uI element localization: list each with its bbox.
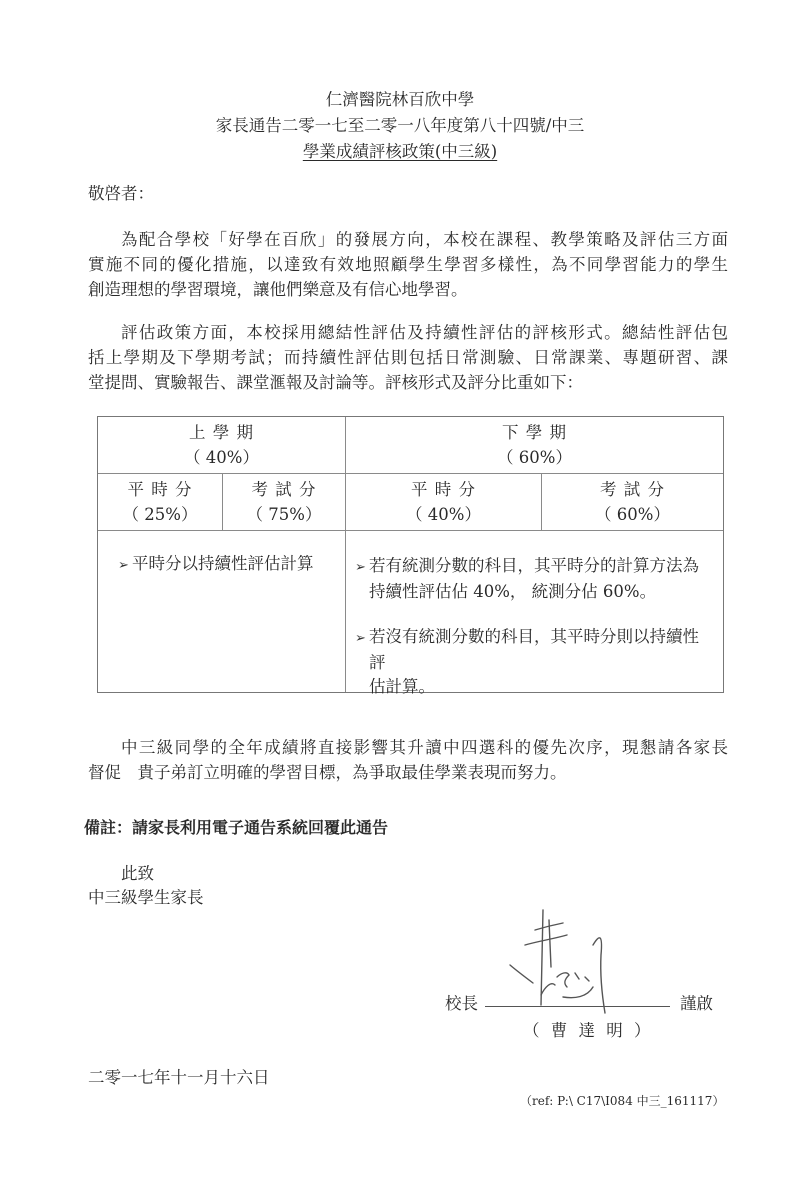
- salutation: 敬啓者：: [88, 180, 154, 204]
- term2-exam-weight: （ 60%）: [542, 502, 723, 527]
- assessment-weight-table: 上 學 期 （ 40%） 下 學 期 （ 60%） 平 時 分 （ 25%） 考…: [97, 416, 724, 693]
- paragraph-line: 中三級同學的全年成績將直接影響其升讀中四選科的優先次序，現懇請各家長: [88, 735, 728, 760]
- notice-subject: 學業成績評核政策(中三級): [0, 138, 800, 162]
- term1-exam-cell: 考 試 分 （ 75%）: [223, 477, 345, 527]
- notice-number: 家長通告二零一七至二零一八年度第八十四號/中三: [0, 112, 800, 136]
- term2-note-1: ➢若有統測分數的科目，其平時分的計算方法為 持續性評估佔 40%， 統測分佔 6…: [355, 554, 699, 604]
- term1-weight: （ 40%）: [98, 445, 345, 470]
- paragraph-line: 評估政策方面，本校採用總結性評估及持續性評估的評核形式。總結性評估包: [88, 320, 728, 345]
- paragraph-intro: 為配合學校「好學在百欣」的發展方向，本校在課程、教學策略及評估三方面 實施不同的…: [88, 227, 728, 302]
- term2-daily-weight: （ 40%）: [346, 502, 541, 527]
- term1-daily-cell: 平 時 分 （ 25%）: [98, 477, 222, 527]
- term2-exam-cell: 考 試 分 （ 60%）: [542, 477, 723, 527]
- arrow-bullet-icon: ➢: [118, 554, 132, 578]
- term2-note-1-line2: 持續性評估佔 40%， 統測分佔 60%。: [355, 580, 699, 604]
- term2-note-2-line1: 若沒有統測分數的科目，其平時分則以持續性: [369, 627, 699, 646]
- term2-weight: （ 60%）: [346, 445, 723, 470]
- paragraph-line: 堂提問、實驗報告、課堂滙報及討論等。評核形式及評分比重如下：: [88, 370, 728, 395]
- principal-signature: [505, 905, 635, 1015]
- term1-note: ➢平時分以持續性評估計算: [118, 552, 314, 578]
- table-divider: [98, 530, 723, 531]
- signature-ending: 謹啟: [680, 990, 713, 1014]
- term2-note-2: ➢若沒有統測分數的科目，其平時分則以持續性 評 估計算。: [355, 625, 699, 699]
- term1-exam-label: 考 試 分: [223, 477, 345, 502]
- term2-note-1-line1: 若有統測分數的科目，其平時分的計算方法為: [369, 556, 699, 575]
- paragraph-line: 括上學期及下學期考試；而持續性評估則包括日常測驗、日常課業、專題研習、課: [88, 345, 728, 370]
- closing-recipient: 中三級學生家長: [88, 884, 204, 908]
- signature-line: [485, 1006, 670, 1007]
- principal-name: （ 曹 達 明 ）: [523, 1017, 653, 1041]
- term2-daily-cell: 平 時 分 （ 40%）: [346, 477, 541, 527]
- closing-phrase: 此致: [121, 860, 154, 884]
- remark-note: 備註：請家長利用電子通告系統回覆此通告: [84, 815, 388, 838]
- term1-daily-weight: （ 25%）: [98, 502, 222, 527]
- arrow-bullet-icon: ➢: [355, 556, 369, 580]
- school-name: 仁濟醫院林百欣中學: [0, 86, 800, 110]
- notice-subject-text: 學業成績評核政策(中三級): [303, 142, 497, 161]
- term1-header: 上 學 期 （ 40%）: [98, 420, 345, 470]
- paragraph-line: 創造理想的學習環境，讓他們樂意及有信心地學習。: [88, 277, 728, 302]
- term1-label: 上 學 期: [98, 420, 345, 445]
- term2-exam-label: 考 試 分: [542, 477, 723, 502]
- term2-header: 下 學 期 （ 60%）: [346, 420, 723, 470]
- term2-daily-label: 平 時 分: [346, 477, 541, 502]
- paragraph-line: 督促 貴子弟訂立明確的學習目標，為爭取最佳學業表現而努力。: [88, 760, 728, 785]
- paragraph-line: 為配合學校「好學在百欣」的發展方向，本校在課程、教學策略及評估三方面: [88, 227, 728, 252]
- arrow-bullet-icon: ➢: [355, 627, 369, 651]
- term2-note-2-line3: 估計算。: [355, 675, 699, 699]
- paragraph-assessment-policy: 評估政策方面，本校採用總結性評估及持續性評估的評核形式。總結性評估包 括上學期及…: [88, 320, 728, 395]
- term1-note-text: 平時分以持續性評估計算: [132, 554, 314, 573]
- term2-note-2-line2: 評: [355, 651, 699, 675]
- table-divider: [98, 473, 723, 474]
- reference-code: （ref: P:\ C17\I084 中三_161117）: [520, 1092, 724, 1109]
- notice-date: 二零一七年十一月十六日: [88, 1064, 270, 1088]
- term1-exam-weight: （ 75%）: [223, 502, 345, 527]
- term1-daily-label: 平 時 分: [98, 477, 222, 502]
- principal-title: 校長: [445, 990, 478, 1014]
- term2-label: 下 學 期: [346, 420, 723, 445]
- paragraph-line: 實施不同的優化措施，以達致有效地照顧學生學習多樣性，為不同學習能力的學生: [88, 252, 728, 277]
- paragraph-request: 中三級同學的全年成績將直接影響其升讀中四選科的優先次序，現懇請各家長 督促 貴子…: [88, 735, 728, 785]
